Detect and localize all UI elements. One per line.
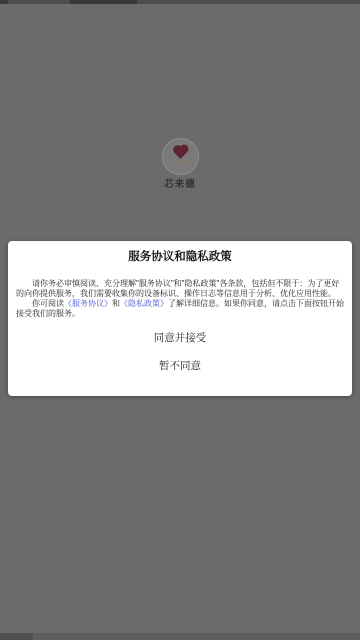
logo-inner-text: 芯来德 — [171, 161, 189, 166]
privacy-policy-dialog: 服务协议和隐私政策 请你务必审慎阅读、充分理解"服务协议"和"隐私政策"各条款，… — [8, 241, 352, 396]
status-bar — [0, 0, 360, 4]
dialog-title: 服务协议和隐私政策 — [16, 250, 344, 264]
heart-logo-icon — [174, 146, 187, 159]
app-screen: 芯来德 芯来德 服务协议和隐私政策 请你务必审慎阅读、充分理解"服务协议"和"隐… — [0, 0, 360, 640]
service-agreement-link[interactable]: 《服务协议》 — [64, 299, 112, 308]
app-name-label: 芯来德 — [0, 176, 360, 190]
dialog-paragraph-2: 你可阅读《服务协议》和《隐私政策》了解详细信息。如果你同意，请点击下面按钮开始接… — [16, 299, 344, 319]
p2-mid: 和 — [112, 299, 120, 308]
p2-prefix: 你可阅读 — [32, 299, 64, 308]
app-logo: 芯来德 — [162, 138, 199, 175]
dialog-body: 请你务必审慎阅读、充分理解"服务协议"和"隐私政策"各条款，包括但不限于：为了更… — [16, 279, 344, 319]
dialog-paragraph-1: 请你务必审慎阅读、充分理解"服务协议"和"隐私政策"各条款，包括但不限于：为了更… — [16, 279, 344, 299]
agree-accept-button[interactable]: 同意并接受 — [16, 332, 344, 345]
privacy-policy-link[interactable]: 《隐私政策》 — [120, 299, 168, 308]
disagree-button[interactable]: 暂不同意 — [16, 360, 344, 373]
bottom-bar — [0, 633, 360, 640]
